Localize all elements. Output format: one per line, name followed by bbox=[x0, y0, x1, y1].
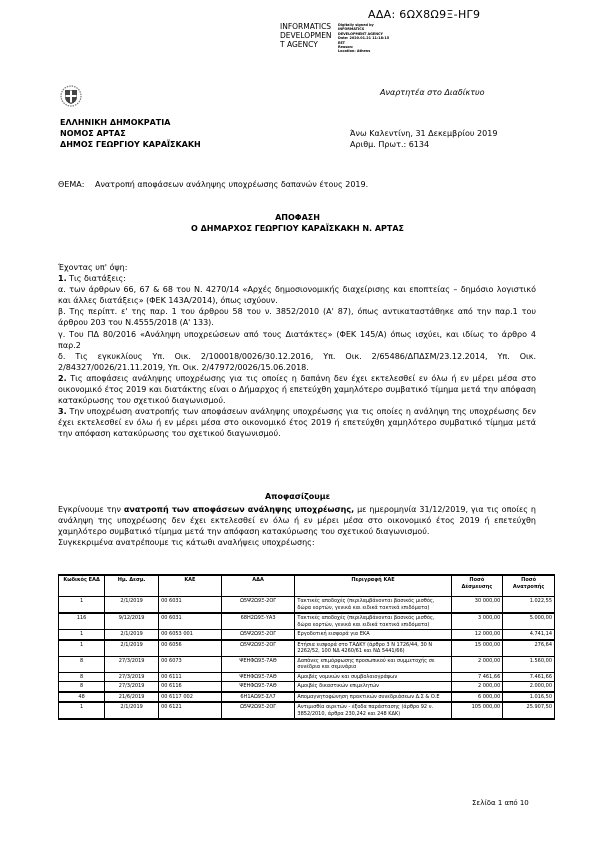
table-row: 116 9/12/2019 00 6031 68Η2Ω9Ξ-ΥΑ3 Τακτικ… bbox=[59, 613, 555, 630]
digital-signature-details: Digitally signed by INFORMATICS DEVELOPM… bbox=[338, 23, 389, 54]
cell-kae-description: Απομαγνητοφώνηση πρακτικών συνεδριάσεων … bbox=[295, 692, 451, 703]
subject-line: ΘΕΜΑ: Ανατροπή αποφάσεων ανάληψης υποχρέ… bbox=[58, 180, 368, 189]
cell-ada: Ω5Ψ2Ω9Ξ-2ΟΓ bbox=[221, 597, 295, 614]
authority-line: ΕΛΛΗΝΙΚΗ ΔΗΜΟΚΡΑΤΙΑ bbox=[60, 117, 201, 128]
cell-commit-amount: 2 000,00 bbox=[451, 656, 503, 672]
considerations-section: Έχοντας υπ' όψη: 1. Τις διατάξεις: α. τω… bbox=[58, 262, 536, 440]
logo-line: T AGENCY bbox=[280, 40, 332, 49]
cell-kae: 00 6117 002 bbox=[159, 692, 222, 703]
table-row: 1 2/1/2019 00 6056 Ω5Ψ2Ω9Ξ-2ΟΓ Ετήσια ει… bbox=[59, 640, 555, 657]
subject-text: Ανατροπή αποφάσεων ανάληψης υποχρέωσης δ… bbox=[95, 180, 368, 189]
cell-ada: ΨΕΗΦΩ9Ξ-7ΑΘ bbox=[221, 672, 295, 682]
signature-line: Date: 2020.01.21 11:18:15 bbox=[338, 36, 389, 40]
protocol-number: Αριθμ. Πρωτ.: 6134 bbox=[350, 139, 497, 150]
table-row: 48 21/6/2019 00 6117 002 6Η1ΑΩ9Ξ-ΣΛ7 Απο… bbox=[59, 692, 555, 703]
table-row: 1 2/1/2019 00 6053 001 Ω5Ψ2Ω9Ξ-2ΟΓ Εργοδ… bbox=[59, 630, 555, 640]
ada-code: ΑΔΑ: 6ΩΧ8Ω9Ξ-ΗΓ9 bbox=[368, 8, 480, 21]
table-row: 1 2/1/2019 00 6121 Ω5Ψ2Ω9Ξ-2ΟΓ Αντιμισθί… bbox=[59, 702, 555, 719]
cell-kae-description: Αμοιβές νομικών και συμβολαιογράφων bbox=[295, 672, 451, 682]
cell-commit-date: 27/3/2019 bbox=[105, 672, 159, 682]
signature-line: Location: Athens bbox=[338, 49, 389, 53]
cell-ead-code: 8 bbox=[59, 672, 105, 682]
issuing-authority: ΕΛΛΗΝΙΚΗ ΔΗΜΟΚΡΑΤΙΑ ΝΟΜΟΣ ΑΡΤΑΣ ΔΗΜΟΣ ΓΕ… bbox=[60, 117, 201, 150]
cell-kae-description: Εργοδοτική εισφορά για ΕΚΑ bbox=[295, 630, 451, 640]
consideration-3: 3. Την υποχρέωση ανατροπής των αποφάσεων… bbox=[58, 406, 536, 439]
logo-line: DEVELOPMEN bbox=[280, 31, 332, 40]
cell-commit-amount: 15 000,00 bbox=[451, 640, 503, 657]
cell-kae: 00 6053 001 bbox=[159, 630, 222, 640]
cell-ead-code: 1 bbox=[59, 702, 105, 719]
cell-ead-code: 8 bbox=[59, 656, 105, 672]
cell-kae: 00 6073 bbox=[159, 656, 222, 672]
cell-ada: 6Η1ΑΩ9Ξ-ΣΛ7 bbox=[221, 692, 295, 703]
cell-ada: Ω5Ψ2Ω9Ξ-2ΟΓ bbox=[221, 702, 295, 719]
cell-ead-code: 116 bbox=[59, 613, 105, 630]
item-text: Τις αποφάσεις ανάληψης υποχρέωσης για τι… bbox=[58, 374, 536, 405]
item-text: Την υποχρέωση ανατροπής των αποφάσεων αν… bbox=[58, 407, 536, 438]
consideration-1b: β. Της περίπτ. ε' της παρ. 1 του άρθρου … bbox=[58, 306, 536, 328]
cell-commit-date: 2/1/2019 bbox=[105, 630, 159, 640]
resolution-section: Εγκρίνουμε την ανατροπή των αποφάσεων αν… bbox=[58, 504, 536, 548]
greek-emblem-icon bbox=[60, 85, 82, 107]
table-row: 8 27/3/2019 00 6111 ΨΕΗΦΩ9Ξ-7ΑΘ Αμοιβές … bbox=[59, 672, 555, 682]
consideration-2: 2. Τις αποφάσεις ανάληψης υποχρέωσης για… bbox=[58, 373, 536, 406]
col-header-ead-code: Κωδικός ΕΑΔ bbox=[59, 575, 105, 597]
cell-kae-description: Τακτικές αποδοχές (περιλαμβάνονται βασικ… bbox=[295, 613, 451, 630]
consideration-1a: α. των άρθρων 66, 67 & 68 του Ν. 4270/14… bbox=[58, 284, 536, 306]
cell-ada: Ω5Ψ2Ω9Ξ-2ΟΓ bbox=[221, 640, 295, 657]
consideration-1d: δ. Τις εγκυκλίους Υπ. Οικ. 2/100018/0026… bbox=[58, 351, 536, 373]
page-number: Σελίδα 1 από 10 bbox=[472, 799, 529, 807]
logo-line: INFORMATICS bbox=[280, 22, 332, 31]
cell-reversal-amount: 1.022,55 bbox=[503, 597, 555, 614]
table-header-row: Κωδικός ΕΑΔ Ημ. Δεσμ. ΚΑΕ ΑΔΑ Περιγραφή … bbox=[59, 575, 555, 597]
cell-commit-date: 27/3/2019 bbox=[105, 656, 159, 672]
col-header-ada: ΑΔΑ bbox=[221, 575, 295, 597]
cell-ada: 68Η2Ω9Ξ-ΥΑ3 bbox=[221, 613, 295, 630]
cell-ead-code: 48 bbox=[59, 692, 105, 703]
cell-ead-code: 1 bbox=[59, 597, 105, 614]
item-number: 1. bbox=[58, 274, 67, 283]
cell-commit-amount: 105 000,00 bbox=[451, 702, 503, 719]
cell-ead-code: 1 bbox=[59, 640, 105, 657]
date-protocol-block: Άνω Καλεντίνη, 31 Δεκεμβρίου 2019 Αριθμ.… bbox=[350, 128, 497, 150]
cell-kae-description: Αμοιβές δικαστικών επιμελητών bbox=[295, 682, 451, 692]
cell-ada: ΨΕΗΦΩ9Ξ-7ΑΘ bbox=[221, 656, 295, 672]
consideration-1c: γ. Του ΠΔ 80/2016 «Ανάληψη υποχρεώσεων α… bbox=[58, 329, 536, 351]
cell-ada: ΨΕΗΦΩ9Ξ-7ΑΘ bbox=[221, 682, 295, 692]
cell-ead-code: 8 bbox=[59, 682, 105, 692]
cell-reversal-amount: 2.000,00 bbox=[503, 682, 555, 692]
considerations-intro: Έχοντας υπ' όψη: bbox=[58, 262, 536, 273]
cell-ada: Ω5Ψ2Ω9Ξ-2ΟΓ bbox=[221, 630, 295, 640]
cell-commit-amount: 30 000,00 bbox=[451, 597, 503, 614]
cell-commit-date: 21/6/2019 bbox=[105, 692, 159, 703]
signature-logo-text: INFORMATICS DEVELOPMEN T AGENCY bbox=[280, 22, 332, 49]
resolution-heading: Αποφασίζουμε bbox=[0, 492, 595, 501]
cell-kae: 00 6031 bbox=[159, 597, 222, 614]
cell-reversal-amount: 25.907,50 bbox=[503, 702, 555, 719]
table-row: 8 27/3/2019 00 6073 ΨΕΗΦΩ9Ξ-7ΑΘ Δαπάνες … bbox=[59, 656, 555, 672]
item-text: Τις διατάξεις: bbox=[69, 274, 126, 283]
cell-kae-description: Ετήσια εισφορά στο ΤΑΔΚΥ (άρθρο 3 Ν 1726… bbox=[295, 640, 451, 657]
cell-reversal-amount: 276,64 bbox=[503, 640, 555, 657]
cell-kae-description: Τακτικές αποδοχές (περιλαμβάνονται βασικ… bbox=[295, 597, 451, 614]
cell-reversal-amount: 1.016,50 bbox=[503, 692, 555, 703]
resolution-text: Εγκρίνουμε την bbox=[58, 505, 124, 514]
cell-commit-date: 2/1/2019 bbox=[105, 640, 159, 657]
cell-commit-date: 9/12/2019 bbox=[105, 613, 159, 630]
cell-kae-description: Αντιμισθία αιρετών - έξοδα παράστασης (ά… bbox=[295, 702, 451, 719]
cell-commit-date: 2/1/2019 bbox=[105, 597, 159, 614]
cell-commit-amount: 2 000,00 bbox=[451, 682, 503, 692]
col-header-kae-description: Περιγραφή ΚΑΕ bbox=[295, 575, 451, 597]
cell-commit-amount: 3 000,00 bbox=[451, 613, 503, 630]
resolution-bold-text: ανατροπή των αποφάσεων ανάληψης υποχρέωσ… bbox=[124, 505, 354, 514]
cell-reversal-amount: 5.000,00 bbox=[503, 613, 555, 630]
cell-reversal-amount: 4.741,14 bbox=[503, 630, 555, 640]
cell-commit-amount: 7 461,66 bbox=[451, 672, 503, 682]
col-header-kae: ΚΑΕ bbox=[159, 575, 222, 597]
authority-line: ΔΗΜΟΣ ΓΕΩΡΓΙΟΥ ΚΑΡΑΪΣΚΑΚΗ bbox=[60, 139, 201, 150]
decision-heading: ΑΠΟΦΑΣΗ bbox=[0, 212, 595, 223]
subject-label: ΘΕΜΑ: bbox=[58, 180, 84, 189]
cell-commit-amount: 12 000,00 bbox=[451, 630, 503, 640]
decision-title: ΑΠΟΦΑΣΗ Ο ΔΗΜΑΡΧΟΣ ΓΕΩΡΓΙΟΥ ΚΑΡΑΪΣΚΑΚΗ Ν… bbox=[0, 212, 595, 234]
cell-commit-date: 2/1/2019 bbox=[105, 702, 159, 719]
resolution-list-intro: Συγκεκριμένα ανατρέπουμε τις κάτωθι αναλ… bbox=[58, 537, 536, 548]
table-row: 8 27/3/2019 00 6116 ΨΕΗΦΩ9Ξ-7ΑΘ Αμοιβές … bbox=[59, 682, 555, 692]
cell-kae: 00 6121 bbox=[159, 702, 222, 719]
post-online-note: Αναρτητέα στο Διαδίκτυο bbox=[380, 88, 485, 97]
commitments-table: Κωδικός ΕΑΔ Ημ. Δεσμ. ΚΑΕ ΑΔΑ Περιγραφή … bbox=[58, 574, 555, 720]
col-header-reversal-amount: Ποσό Ανατροπής bbox=[503, 575, 555, 597]
col-header-commit-date: Ημ. Δεσμ. bbox=[105, 575, 159, 597]
item-number: 3. bbox=[58, 407, 67, 416]
consideration-1: 1. Τις διατάξεις: bbox=[58, 273, 536, 284]
resolution-paragraph: Εγκρίνουμε την ανατροπή των αποφάσεων αν… bbox=[58, 504, 536, 537]
cell-kae: 00 6116 bbox=[159, 682, 222, 692]
place-date: Άνω Καλεντίνη, 31 Δεκεμβρίου 2019 bbox=[350, 128, 497, 139]
cell-kae: 00 6111 bbox=[159, 672, 222, 682]
cell-kae-description: Δαπάνες επιμόρφωσης προσωπικού και συμμε… bbox=[295, 656, 451, 672]
cell-commit-amount: 6 000,00 bbox=[451, 692, 503, 703]
cell-reversal-amount: 7.461,66 bbox=[503, 672, 555, 682]
authority-line: ΝΟΜΟΣ ΑΡΤΑΣ bbox=[60, 128, 201, 139]
decision-subheading: Ο ΔΗΜΑΡΧΟΣ ΓΕΩΡΓΙΟΥ ΚΑΡΑΪΣΚΑΚΗ Ν. ΑΡΤΑΣ bbox=[0, 223, 595, 234]
table-row: 1 2/1/2019 00 6031 Ω5Ψ2Ω9Ξ-2ΟΓ Τακτικές … bbox=[59, 597, 555, 614]
item-number: 2. bbox=[58, 374, 67, 383]
cell-commit-date: 27/3/2019 bbox=[105, 682, 159, 692]
col-header-commit-amount: Ποσό Δέσμευσης bbox=[451, 575, 503, 597]
cell-ead-code: 1 bbox=[59, 630, 105, 640]
cell-kae: 00 6056 bbox=[159, 640, 222, 657]
cell-reversal-amount: 1.560,00 bbox=[503, 656, 555, 672]
cell-kae: 00 6031 bbox=[159, 613, 222, 630]
